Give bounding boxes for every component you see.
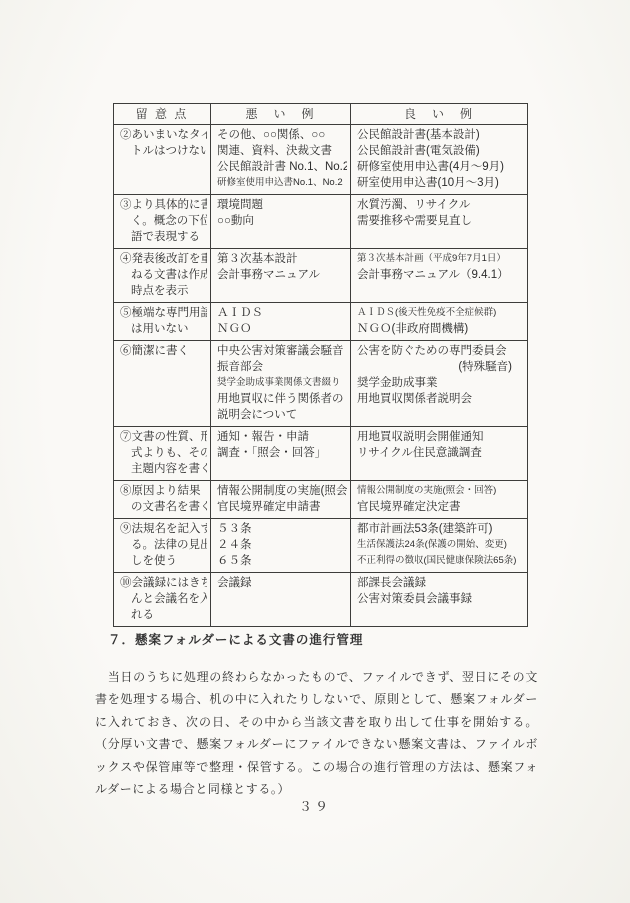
bad-cell: 環境問題○○動向	[211, 195, 351, 249]
good-cell: ＡＩＤＳ(後天性免疫不全症候群)ＮＧＯ(非政府間機構)	[351, 303, 528, 341]
cell-line: ＮＧＯ	[217, 321, 347, 337]
point-cell: ③より具体的に書く。概念の下位語で表現する	[114, 195, 211, 249]
cell-line: しを使う	[120, 553, 207, 569]
cell-line: 環境問題	[217, 197, 347, 213]
cell-line: 研修室使用申込書(4月～9月)	[357, 159, 524, 175]
cell-line: ⑦文書の性質、形	[120, 429, 207, 445]
good-cell: 情報公開制度の実施(照会・回答)官民境界確定決定書	[351, 481, 528, 519]
cell-line: 会議録	[217, 575, 347, 591]
point-cell: ⑨法規名を記入する。法律の見出しを使う	[114, 519, 211, 573]
cell-line: 研修室使用申込書No.1、No.2	[217, 175, 347, 191]
cell-line: 用地買収に伴う関係者の	[217, 391, 347, 407]
table-row: ④発表後改訂を重ねる文書は作成時点を表示第３次基本設計会計事務マニュアル第３次基…	[114, 249, 528, 303]
cell-line: は用いない	[120, 321, 207, 337]
cell-line: 調査・「照会・回答」	[217, 445, 347, 461]
good-cell: 第３次基本計画（平成9年7月1日）会計事務マニュアル（9.4.1）	[351, 249, 528, 303]
cell-line: 公害を防ぐための専門委員会	[357, 343, 524, 359]
cell-line: ねる文書は作成	[120, 267, 207, 283]
cell-line: 官民境界確定決定書	[357, 499, 524, 515]
section-heading: ７．懸案フォルダーによる文書の進行管理	[108, 630, 363, 648]
point-cell: ⑥簡潔に書く	[114, 341, 211, 427]
table-body: ②あいまいなタイトルはつけないその他、○○関係、○○関連、資料、決裁文書公民館設…	[114, 125, 528, 627]
cell-line: その他、○○関係、○○	[217, 127, 347, 143]
bad-cell: 情報公開制度の実施(照会)官民境界確定申請書	[211, 481, 351, 519]
cell-line: 情報公開制度の実施(照会・回答)	[357, 483, 524, 499]
cell-line: 公民館設計書(電気設備)	[357, 143, 524, 159]
cell-line: 会計事務マニュアル（9.4.1）	[357, 267, 524, 283]
cell-line: 公民館設計書 No.1、No.2	[217, 159, 347, 175]
cell-line: 式よりも、その	[120, 445, 207, 461]
point-cell: ⑧原因より結果の文書名を書く	[114, 481, 211, 519]
good-cell: 部課長会議録公害対策委員会議事録	[351, 573, 528, 627]
cell-line: 奨学金助成事業	[357, 375, 524, 391]
cell-line: 関連、資料、決裁文書	[217, 143, 347, 159]
cell-line: 情報公開制度の実施(照会)	[217, 483, 347, 499]
cell-line: る。法律の見出	[120, 537, 207, 553]
cell-line: ○○動向	[217, 213, 347, 229]
column-header-good-example: 良 い 例	[351, 104, 528, 125]
cell-line: れる	[120, 607, 207, 623]
bad-cell: ＡＩＤＳＮＧＯ	[211, 303, 351, 341]
table-header-row: 留 意 点 悪 い 例 良 い 例	[114, 104, 528, 125]
good-cell: 都市計画法53条(建築許可)生活保護法24条(保護の開始、変更)不正利得の徴収(…	[351, 519, 528, 573]
point-cell: ⑦文書の性質、形式よりも、その主題内容を書く	[114, 427, 211, 481]
cell-line: ６５条	[217, 553, 347, 569]
bad-cell: 会議録	[211, 573, 351, 627]
cell-line: んと会議名を入	[120, 591, 207, 607]
bad-cell: 通知・報告・申請調査・「照会・回答」	[211, 427, 351, 481]
point-cell: ④発表後改訂を重ねる文書は作成時点を表示	[114, 249, 211, 303]
cell-line: 第３次基本設計	[217, 251, 347, 267]
cell-line: 部課長会議録	[357, 575, 524, 591]
cell-line: ＡＩＤＳ(後天性免疫不全症候群)	[357, 305, 524, 321]
cell-line: 公民館設計書(基本設計)	[357, 127, 524, 143]
cell-line: 語で表現する	[120, 229, 207, 245]
cell-line: (特殊騒音)	[357, 359, 524, 375]
page-number: ３９	[0, 796, 630, 815]
good-cell: 公害を防ぐための専門委員会(特殊騒音)奨学金助成事業用地買収関係者説明会	[351, 341, 528, 427]
point-cell: ⑩会議録にはきちんと会議名を入れる	[114, 573, 211, 627]
document-page: 留 意 点 悪 い 例 良 い 例 ②あいまいなタイトルはつけないその他、○○関…	[0, 0, 630, 903]
cell-line: 都市計画法53条(建築許可)	[357, 521, 524, 537]
cell-line: 奨学金助成事業関係文書綴り	[217, 375, 347, 391]
table-row: ⑨法規名を記入する。法律の見出しを使う５３条２４条６５条都市計画法53条(建築許…	[114, 519, 528, 573]
cell-line: 不正利得の徴収(国民健康保険法65条)	[357, 553, 524, 569]
good-cell: 用地買収説明会開催通知リサイクル住民意識調査	[351, 427, 528, 481]
point-cell: ②あいまいなタイトルはつけない	[114, 125, 211, 195]
cell-line: ⑤極端な専門用語	[120, 305, 207, 321]
cell-line: ⑥簡潔に書く	[120, 343, 207, 359]
cell-line: 官民境界確定申請書	[217, 499, 347, 515]
section-paragraph: 当日のうちに処理の終わらなかったもので、ファイルできず、翌日にその文書を処理する…	[95, 666, 538, 800]
cell-line: 用地買収説明会開催通知	[357, 429, 524, 445]
cell-line: 振音部会	[217, 359, 347, 375]
good-cell: 水質汚濁、リサイクル需要推移や需要見直し	[351, 195, 528, 249]
cell-line: 研室使用申込書(10月～3月)	[357, 175, 524, 191]
cell-line: ５３条	[217, 521, 347, 537]
table-row: ⑤極端な専門用語は用いないＡＩＤＳＮＧＯＡＩＤＳ(後天性免疫不全症候群)ＮＧＯ(…	[114, 303, 528, 341]
bad-cell: ５３条２４条６５条	[211, 519, 351, 573]
cell-line: 生活保護法24条(保護の開始、変更)	[357, 537, 524, 553]
cell-line: 中央公害対策審議会騒音	[217, 343, 347, 359]
cell-line: ⑨法規名を記入す	[120, 521, 207, 537]
cell-line: 会計事務マニュアル	[217, 267, 347, 283]
cell-line: 用地買収関係者説明会	[357, 391, 524, 407]
cell-line: 通知・報告・申請	[217, 429, 347, 445]
cell-line: 時点を表示	[120, 283, 207, 299]
cell-line: 水質汚濁、リサイクル	[357, 197, 524, 213]
cell-line: ２４条	[217, 537, 347, 553]
table-row: ⑧原因より結果の文書名を書く情報公開制度の実施(照会)官民境界確定申請書情報公開…	[114, 481, 528, 519]
table-row: ③より具体的に書く。概念の下位語で表現する環境問題○○動向水質汚濁、リサイクル需…	[114, 195, 528, 249]
cell-line: 第３次基本計画（平成9年7月1日）	[357, 251, 524, 267]
cell-line: 説明会について	[217, 407, 347, 423]
cell-line: トルはつけない	[120, 143, 207, 159]
cell-line: ②あいまいなタイ	[120, 127, 207, 143]
bad-cell: 中央公害対策審議会騒音振音部会奨学金助成事業関係文書綴り用地買収に伴う関係者の説…	[211, 341, 351, 427]
cell-line: ⑩会議録にはきち	[120, 575, 207, 591]
cell-line: 主題内容を書く	[120, 461, 207, 477]
bad-cell: その他、○○関係、○○関連、資料、決裁文書公民館設計書 No.1、No.2研修室…	[211, 125, 351, 195]
table-row: ⑩会議録にはきちんと会議名を入れる会議録部課長会議録公害対策委員会議事録	[114, 573, 528, 627]
column-header-point: 留 意 点	[114, 104, 211, 125]
cell-line: の文書名を書く	[120, 499, 207, 515]
column-header-bad-example: 悪 い 例	[211, 104, 351, 125]
cell-line: ④発表後改訂を重	[120, 251, 207, 267]
cell-line: ＮＧＯ(非政府間機構)	[357, 321, 524, 337]
table-row: ⑦文書の性質、形式よりも、その主題内容を書く通知・報告・申請調査・「照会・回答」…	[114, 427, 528, 481]
naming-guideline-table: 留 意 点 悪 い 例 良 い 例 ②あいまいなタイトルはつけないその他、○○関…	[113, 103, 528, 627]
cell-line: く。概念の下位	[120, 213, 207, 229]
cell-line: リサイクル住民意識調査	[357, 445, 524, 461]
table-row: ⑥簡潔に書く中央公害対策審議会騒音振音部会奨学金助成事業関係文書綴り用地買収に伴…	[114, 341, 528, 427]
good-cell: 公民館設計書(基本設計)公民館設計書(電気設備)研修室使用申込書(4月～9月)研…	[351, 125, 528, 195]
table-row: ②あいまいなタイトルはつけないその他、○○関係、○○関連、資料、決裁文書公民館設…	[114, 125, 528, 195]
cell-line: 公害対策委員会議事録	[357, 591, 524, 607]
bad-cell: 第３次基本設計会計事務マニュアル	[211, 249, 351, 303]
cell-line: ＡＩＤＳ	[217, 305, 347, 321]
cell-line: ③より具体的に書	[120, 197, 207, 213]
point-cell: ⑤極端な専門用語は用いない	[114, 303, 211, 341]
cell-line: ⑧原因より結果	[120, 483, 207, 499]
cell-line: 需要推移や需要見直し	[357, 213, 524, 229]
